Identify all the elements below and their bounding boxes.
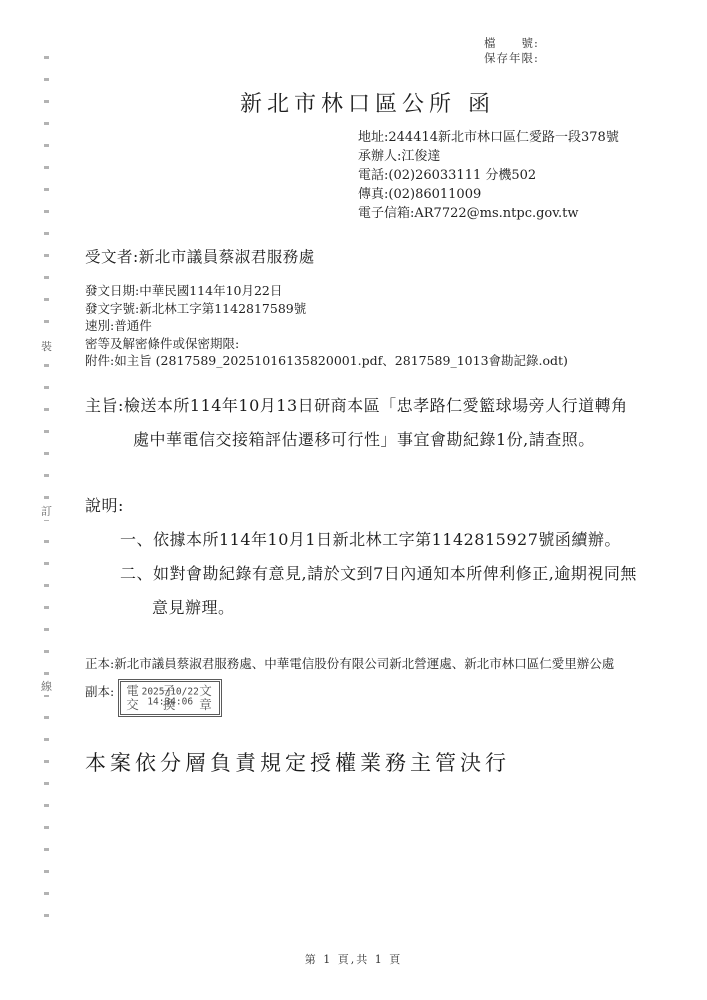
sender-contact-person: 承辦人:江俊達 [358,147,672,166]
sender-address: 地址:244414新北市林口區仁愛路一段378號 [358,128,672,147]
copy-label: 副本: [85,679,114,700]
description-item-1: 一、依據本所114年10月1日新北林工字第1142815927號函續辦。 [120,523,647,557]
electronic-exchange-stamp: 電子文 交換章 2025/10/22 14:34:06 [118,679,222,717]
sender-info-block: 地址:244414新北市林口區仁愛路一段378號 承辦人:江俊達 電話:(02)… [358,128,672,223]
security-class-line: 密等及解密條件或保密期限: [85,335,660,353]
page-number-footer: 第 1 頁,共 1 頁 [0,951,707,967]
doc-number-line: 發文字號:新北林工字第1142817589號 [85,300,660,318]
binding-mark-xian: 線 [38,678,55,695]
copy-recipients-row: 副本: 電子文 交換章 2025/10/22 14:34:06 [85,679,653,717]
stamp-time: 14:34:06 [142,698,199,708]
sender-phone: 電話:(02)26033111 分機502 [358,166,672,185]
original-recipients-line: 正本:新北市議員蔡淑君服務處、中華電信股份有限公司新北營運處、新北市林口區仁愛里… [85,655,653,672]
file-number-label: 檔 號: [484,36,539,51]
attachment-line: 附件:如主旨 (2817589_20251016135820001.pdf、28… [85,352,660,370]
recipient-line: 受文者:新北市議員蔡淑君服務處 [85,245,315,267]
binding-margin-line [44,56,49,934]
description-label: 說明: [85,489,647,523]
binding-mark-zhuang: 裝 [38,338,55,355]
description-item-2: 二、如對會勘紀錄有意見,請於文到7日內通知本所俾利修正,逾期視同無意見辦理。 [120,557,647,625]
retention-period-label: 保存年限: [484,51,539,66]
classification-block: 檔 號: 保存年限: [484,36,539,66]
sender-fax: 傳真:(02)86011009 [358,185,672,204]
stamp-datetime: 2025/10/22 14:34:06 [142,688,199,708]
issue-date-line: 發文日期:中華民國114年10月22日 [85,282,660,300]
sender-email: 電子信箱:AR7722@ms.ntpc.gov.tw [358,204,672,223]
document-meta-block: 發文日期:中華民國114年10月22日 發文字號:新北林工字第114281758… [85,282,660,370]
distribution-section: 正本:新北市議員蔡淑君服務處、中華電信股份有限公司新北營運處、新北市林口區仁愛里… [85,655,653,717]
authorization-statement: 本案依分層負責規定授權業務主管決行 [85,747,510,777]
speed-class-line: 速別:普通件 [85,317,660,335]
document-title: 新北市林口區公所 函 [14,87,707,118]
document-page: 裝 訂 線 檔 號: 保存年限: 新北市林口區公所 函 地址:244414新北市… [0,0,707,1000]
binding-mark-ding: 訂 [38,503,55,520]
subject-paragraph: 主旨:檢送本所114年10月13日研商本區「忠孝路仁愛籃球場旁人行道轉角處中華電… [85,389,641,457]
description-section: 說明: 一、依據本所114年10月1日新北林工字第1142815927號函續辦。… [85,489,647,625]
